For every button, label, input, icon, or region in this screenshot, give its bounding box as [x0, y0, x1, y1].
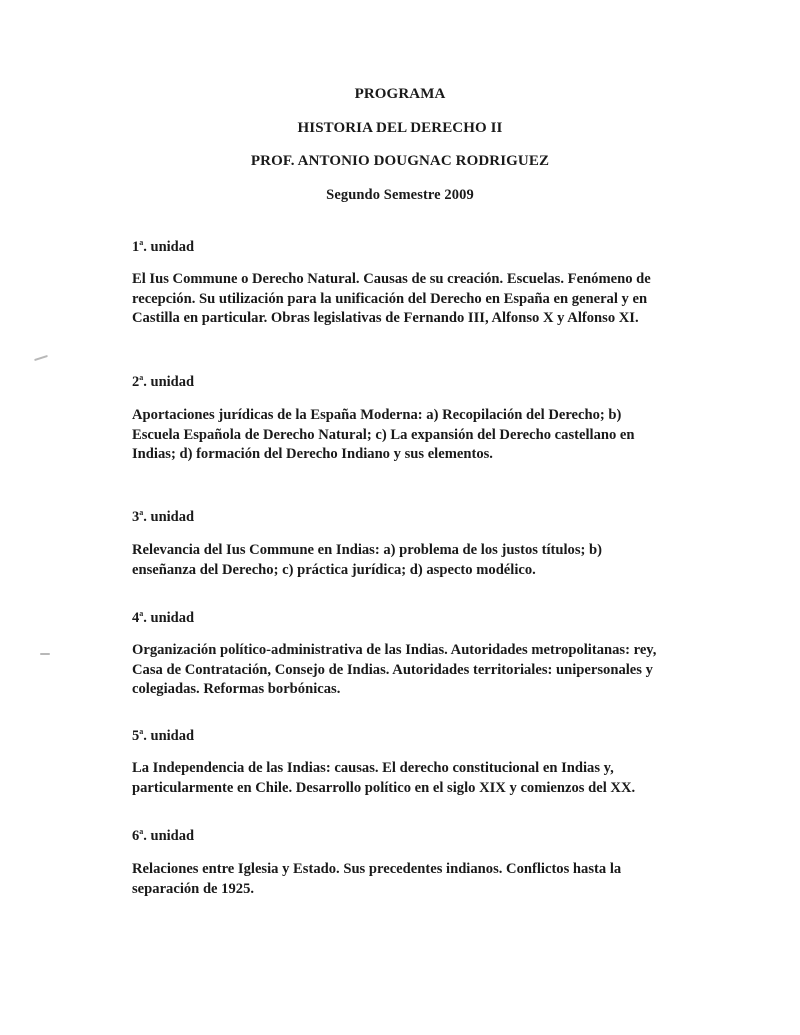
unit-1-body: El Ius Commune o Derecho Natural. Causas…	[132, 270, 662, 329]
unit-label: . unidad	[143, 610, 194, 626]
term-label: Segundo Semestre 2009	[0, 187, 800, 204]
unit-4-heading: 4a. unidad	[132, 609, 194, 627]
unit-label: . unidad	[143, 374, 194, 390]
unit-5-heading: 5a. unidad	[132, 727, 194, 745]
unit-6-heading: 6a. unidad	[132, 827, 194, 845]
unit-3-body: Relevancia del Ius Commune en Indias: a)…	[132, 541, 662, 580]
document-page: PROGRAMA HISTORIA DEL DERECHO II PROF. A…	[0, 0, 800, 1035]
unit-4-body: Organización político-administrativa de …	[132, 641, 662, 700]
scan-artifact-mark	[34, 355, 48, 361]
unit-2-body: Aportaciones jurídicas de la España Mode…	[132, 406, 662, 465]
professor-name: PROF. ANTONIO DOUGNAC RODRIGUEZ	[0, 153, 800, 170]
unit-label: . unidad	[143, 239, 194, 255]
unit-2-heading: 2a. unidad	[132, 373, 194, 391]
unit-label: . unidad	[143, 728, 194, 744]
unit-label: . unidad	[143, 828, 194, 844]
unit-5-body: La Independencia de las Indias: causas. …	[132, 759, 662, 798]
unit-label: . unidad	[143, 509, 194, 525]
document-title: PROGRAMA	[0, 86, 800, 103]
unit-1-heading: 1a. unidad	[132, 238, 194, 256]
unit-6-body: Relaciones entre Iglesia y Estado. Sus p…	[132, 860, 662, 899]
unit-3-heading: 3a. unidad	[132, 508, 194, 526]
scan-artifact-mark	[40, 653, 50, 655]
course-name: HISTORIA DEL DERECHO II	[0, 120, 800, 137]
